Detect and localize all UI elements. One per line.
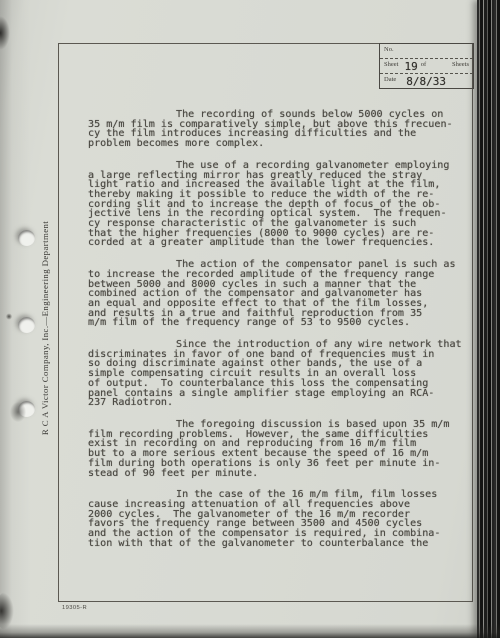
- stamp-row-no: No.: [380, 44, 473, 59]
- paragraph-4: Since the introduction of any wire netwo…: [88, 340, 472, 408]
- scan-bottom-shadow: [0, 624, 500, 638]
- sheet-stamp-box: No. Sheet 19 of Sheets Date 8/8/33: [379, 43, 474, 89]
- company-department-sidebar-text: R C A Victor Company, Inc.—Engineering D…: [40, 221, 50, 435]
- paragraph-2: The use of a recording galvanometer empl…: [88, 161, 472, 248]
- no-label: No.: [384, 46, 394, 53]
- paragraph-5: The foregoing discussion is based upon 3…: [88, 420, 472, 478]
- scanned-document-page: No. Sheet 19 of Sheets Date 8/8/33 R C A…: [0, 0, 500, 638]
- paragraph-6: In the case of the 16 m/m film, film los…: [88, 490, 472, 548]
- form-number: 19305-R: [62, 605, 87, 611]
- scan-smudge: [10, 402, 26, 422]
- stamp-row-sheet: Sheet 19 of Sheets: [380, 59, 473, 74]
- punch-hole: [18, 230, 35, 246]
- paragraph-1: The recording of sounds below 5000 cycle…: [88, 110, 472, 149]
- of-label: of: [421, 61, 426, 68]
- date-value: 8/8/33: [406, 77, 446, 87]
- date-label: Date: [384, 76, 396, 83]
- scan-smudge: [6, 313, 12, 320]
- punch-hole: [18, 317, 35, 333]
- scan-binding-edge: [477, 0, 500, 638]
- document-body: The recording of sounds below 5000 cycle…: [88, 110, 472, 560]
- sheets-label: Sheets: [452, 61, 469, 68]
- stamp-row-date: Date 8/8/33: [380, 74, 473, 89]
- sheet-label: Sheet: [384, 61, 398, 68]
- sheet-number-value: 19: [404, 62, 417, 72]
- paragraph-3: The action of the compensator panel is s…: [88, 260, 472, 328]
